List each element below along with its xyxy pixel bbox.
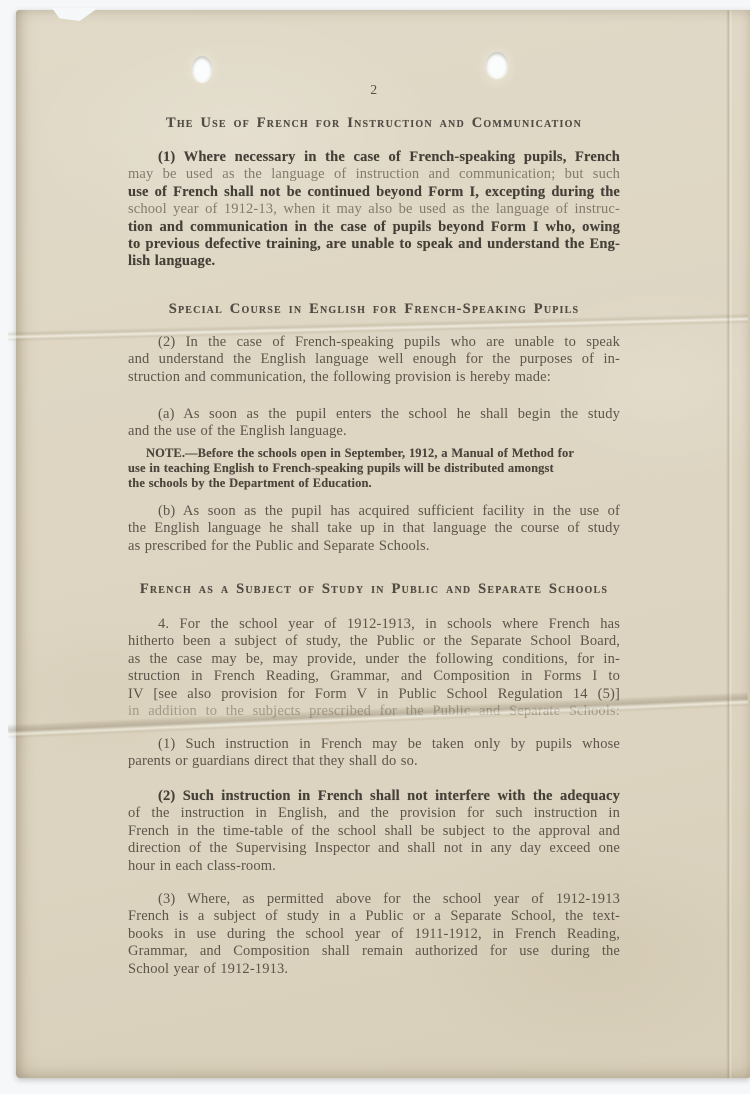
paragraph-special-course: (2) In the case of French-speaking pupil… bbox=[128, 334, 620, 386]
document-content: 2 The Use of French for Instruction and … bbox=[0, 0, 750, 1094]
text-line: to previous defective training, are unab… bbox=[128, 236, 620, 253]
text-line: books in use during the school year of 1… bbox=[128, 926, 620, 943]
text-line: (a) As soon as the pupil enters the scho… bbox=[128, 406, 620, 423]
paragraph-condition-3: (3) Where, as permitted above for the sc… bbox=[128, 891, 620, 978]
text-line: the schools by the Department of Educati… bbox=[128, 476, 620, 491]
scan-background: 2 The Use of French for Instruction and … bbox=[0, 0, 750, 1094]
text-line: as prescribed for the Public and Separat… bbox=[128, 538, 620, 555]
text-line: hour in each class-room. bbox=[128, 858, 620, 875]
note-paragraph: NOTE.—Before the schools open in Septemb… bbox=[128, 446, 620, 492]
text-line: NOTE.—Before the schools open in Septemb… bbox=[128, 446, 620, 461]
text-line: use in teaching English to French-speaki… bbox=[128, 461, 620, 476]
section-heading-use-of-french: The Use of French for Instruction and Co… bbox=[128, 115, 620, 131]
text-line: (3) Where, as permitted above for the sc… bbox=[128, 891, 620, 908]
paragraph-condition-2: (2) Such instruction in French shall not… bbox=[128, 788, 620, 875]
text-line: and understand the English language well… bbox=[128, 351, 620, 368]
text-line: (2) In the case of French-speaking pupil… bbox=[128, 334, 620, 351]
paragraph-provision-a: (a) As soon as the pupil enters the scho… bbox=[128, 406, 620, 441]
text-line: (2) Such instruction in French shall not… bbox=[128, 788, 620, 805]
paragraph-condition-1: (1) Such instruction in French may be ta… bbox=[128, 736, 620, 771]
text-line: French in the time-table of the school s… bbox=[128, 823, 620, 840]
text-line: school year of 1912-13, when it may also… bbox=[128, 201, 620, 218]
text-line: may be used as the language of instructi… bbox=[128, 166, 620, 183]
text-line: (b) As soon as the pupil has acquired su… bbox=[128, 503, 620, 520]
text-line: lish language. bbox=[128, 253, 620, 270]
text-line: Grammar, and Composition shall remain au… bbox=[128, 943, 620, 960]
text-line: and the use of the English language. bbox=[128, 423, 620, 440]
text-line: struction in French Reading, Grammar, an… bbox=[128, 668, 620, 685]
punch-hole-left bbox=[192, 56, 212, 82]
text-line: direction of the Supervising Inspector a… bbox=[128, 840, 620, 857]
text-line: parents or guardians direct that they sh… bbox=[128, 753, 620, 770]
text-line: of the instruction in English, and the p… bbox=[128, 805, 620, 822]
text-line: as the case may be, may provide, under t… bbox=[128, 651, 620, 668]
text-line-faded: in addition to the subjects prescribed f… bbox=[128, 703, 620, 720]
text-line: School year of 1912-1913. bbox=[128, 961, 620, 978]
paragraph-provision-b: (b) As soon as the pupil has acquired su… bbox=[128, 503, 620, 555]
text-line: use of French shall not be continued bey… bbox=[128, 184, 620, 201]
text-line: IV [see also provision for Form V in Pub… bbox=[128, 686, 620, 703]
text-line: tion and communication in the case of pu… bbox=[128, 219, 620, 236]
text-line: hitherto been a subject of study, the Pu… bbox=[128, 633, 620, 650]
text-line: struction and communication, the followi… bbox=[128, 369, 620, 386]
paragraph-use-of-french: (1) Where necessary in the case of Frenc… bbox=[128, 149, 620, 271]
text-line: 4. For the school year of 1912-1913, in … bbox=[128, 616, 620, 633]
text-line: (1) Such instruction in French may be ta… bbox=[128, 736, 620, 753]
text-line: (1) Where necessary in the case of Frenc… bbox=[128, 149, 620, 166]
section-heading-special-course: Special Course in English for French-Spe… bbox=[128, 301, 620, 317]
punch-hole-right bbox=[486, 52, 508, 78]
section-heading-french-subject: French as a Subject of Study in Public a… bbox=[128, 581, 620, 597]
text-line: the English language he shall take up in… bbox=[128, 520, 620, 537]
paragraph-4: 4. For the school year of 1912-1913, in … bbox=[128, 616, 620, 720]
text-line: French is a subject of study in a Public… bbox=[128, 908, 620, 925]
